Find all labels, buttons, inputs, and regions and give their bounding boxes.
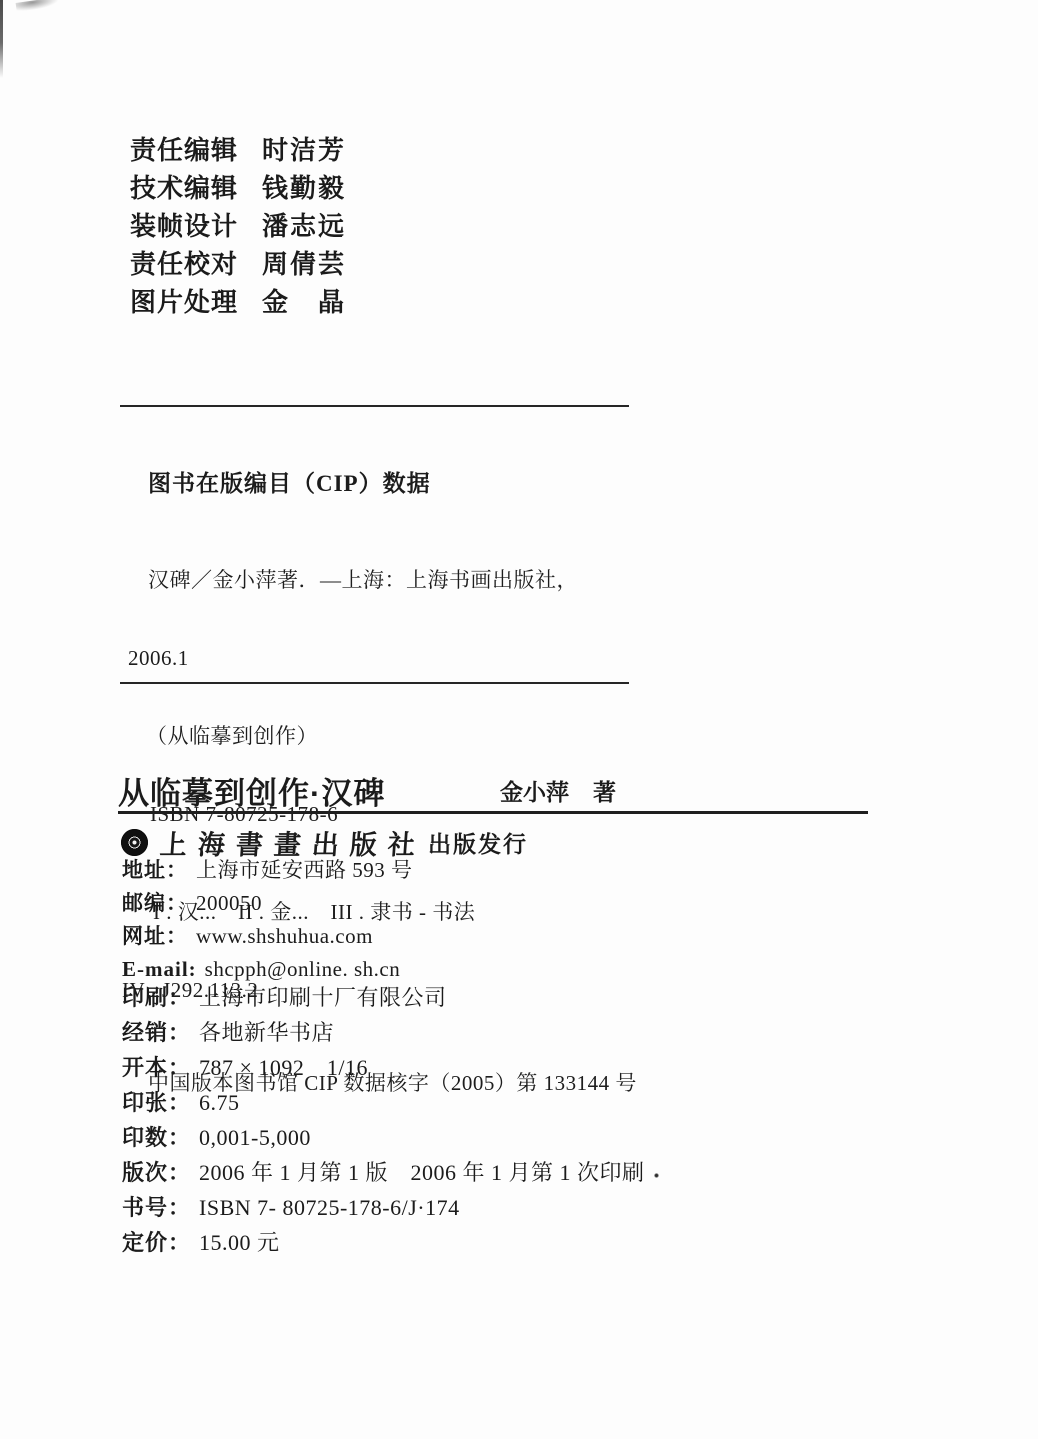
print-label: 印刷： — [122, 985, 191, 1010]
print-label: 版次： — [122, 1160, 191, 1185]
publisher-name-calligraphy: 上海書畫出版社 — [159, 823, 428, 862]
print-label: 印张： — [122, 1090, 191, 1115]
print-value: 787 × 1092 1/16 — [199, 1055, 368, 1080]
print-label: 书号： — [122, 1195, 191, 1220]
credit-name: 周倩芸 — [262, 251, 346, 279]
print-row-edition: 版次： 2006 年 1 月第 1 版 2006 年 1 月第 1 次印刷 — [122, 1160, 645, 1185]
credit-label: 责任编辑 — [130, 137, 262, 165]
credit-label: 装帧设计 — [130, 213, 262, 241]
print-value: 各地新华书店 — [199, 1020, 334, 1045]
print-value: 15.00 元 — [199, 1230, 280, 1255]
scan-artifact-ink-spot — [654, 1173, 659, 1178]
staff-credits-block: 责任编辑 时洁芳 技术编辑 钱勤毅 装帧设计 潘志远 责任校对 周倩芸 图片处理… — [130, 137, 346, 317]
contact-value: www.shshuhua.com — [196, 924, 373, 948]
cip-top-rule — [120, 405, 629, 407]
print-label: 印数： — [122, 1125, 191, 1150]
contact-label: 邮编： — [122, 891, 188, 915]
print-row-book-number: 书号： ISBN 7- 80725-178-6/J·174 — [122, 1195, 645, 1220]
publisher-suffix: 出版发行 — [428, 826, 528, 859]
book-title: 从临摹到创作·汉碑 — [118, 768, 385, 813]
contact-label: 网址： — [122, 924, 188, 948]
cip-line-series: （从临摹到创作） — [120, 723, 640, 749]
title-row: 从临摹到创作·汉碑 金小萍著 — [118, 768, 870, 810]
contact-label: 地址： — [122, 858, 188, 882]
print-value: ISBN 7- 80725-178-6/J·174 — [199, 1195, 460, 1220]
print-value: 2006 年 1 月第 1 版 2006 年 1 月第 1 次印刷 — [199, 1160, 645, 1185]
credit-row-proofreader: 责任校对 周倩芸 — [130, 251, 346, 279]
print-row-price: 定价： 15.00 元 — [122, 1230, 645, 1255]
contact-block: 地址： 上海市延安西路 593 号 邮编： 200050 网址： www.shs… — [122, 858, 413, 981]
scan-artifact-corner-smudge — [16, 0, 59, 12]
printing-info-block: 印刷： 上海市印刷十厂有限公司 经销： 各地新华书店 开本： 787 × 109… — [122, 985, 645, 1255]
cip-bottom-rule — [120, 682, 629, 684]
print-row-printer: 印刷： 上海市印刷十厂有限公司 — [122, 985, 645, 1010]
print-row-distributor: 经销： 各地新华书店 — [122, 1020, 645, 1045]
cip-heading: 图书在版编目（CIP）数据 — [120, 469, 640, 499]
credit-row-technical-editor: 技术编辑 钱勤毅 — [130, 175, 346, 203]
print-value: 6.75 — [199, 1090, 240, 1115]
cip-line-year: 2006.1 — [120, 645, 640, 671]
contact-value: shcpph@online. sh.cn — [205, 957, 401, 981]
print-value: 上海市印刷十厂有限公司 — [199, 985, 447, 1010]
print-label: 经销： — [122, 1020, 191, 1045]
credit-name: 时洁芳 — [262, 137, 346, 165]
author-name: 金小萍 — [500, 780, 569, 805]
contact-row-postcode: 邮编： 200050 — [122, 891, 413, 915]
credit-label: 责任校对 — [130, 251, 262, 279]
print-value: 0,001-5,000 — [199, 1125, 311, 1150]
author-line: 金小萍著 — [500, 774, 616, 807]
print-row-sheets: 印张： 6.75 — [122, 1090, 645, 1115]
contact-row-email: E-mail: shcpph@online. sh.cn — [122, 957, 413, 981]
credit-label: 图片处理 — [130, 289, 262, 317]
cip-line-title-statement: 汉碑／金小萍著．—上海：上海书画出版社， — [120, 567, 640, 593]
scan-artifact-left-edge — [0, 0, 3, 78]
print-row-format: 开本： 787 × 1092 1/16 — [122, 1055, 645, 1080]
print-row-print-run: 印数： 0,001-5,000 — [122, 1125, 645, 1150]
credit-row-designer: 装帧设计 潘志远 — [130, 213, 346, 241]
print-label: 开本： — [122, 1055, 191, 1080]
credit-row-editor: 责任编辑 时洁芳 — [130, 137, 346, 165]
credit-name: 潘志远 — [262, 213, 346, 241]
contact-value: 上海市延安西路 593 号 — [196, 858, 413, 882]
contact-value: 200050 — [196, 891, 262, 915]
contact-label: E-mail: — [122, 957, 197, 981]
credit-row-image-processing: 图片处理 金 晶 — [130, 289, 346, 317]
contact-row-address: 地址： 上海市延安西路 593 号 — [122, 858, 413, 882]
publisher-row: 上海書畫出版社 出版发行 — [121, 823, 528, 862]
print-label: 定价： — [122, 1230, 191, 1255]
author-suffix: 著 — [593, 780, 616, 805]
credit-name: 金 晶 — [262, 289, 346, 317]
book-copyright-page: 责任编辑 时洁芳 技术编辑 钱勤毅 装帧设计 潘志远 责任校对 周倩芸 图片处理… — [0, 0, 1038, 1439]
title-underline-rule — [118, 811, 868, 814]
credit-name: 钱勤毅 — [262, 175, 346, 203]
credit-label: 技术编辑 — [130, 175, 262, 203]
publisher-seal-icon — [121, 829, 148, 856]
contact-row-website: 网址： www.shshuhua.com — [122, 924, 413, 948]
